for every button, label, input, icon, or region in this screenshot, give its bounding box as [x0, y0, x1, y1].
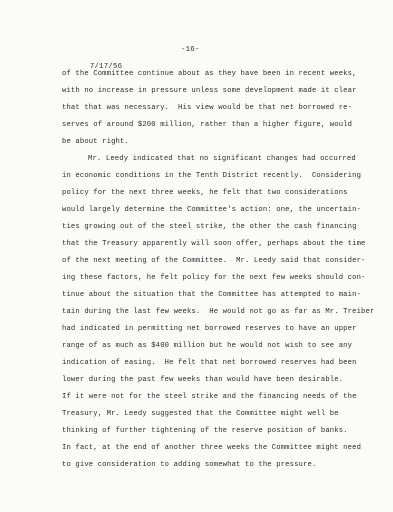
- text-line: that that was necessary. His view would …: [62, 100, 374, 117]
- scanned-document-page: 7/17/56 -16- of the Committee continue a…: [0, 0, 393, 512]
- text-line: in economic conditions in the Tenth Dist…: [62, 168, 374, 185]
- text-line: to give consideration to adding somewhat…: [62, 457, 374, 474]
- text-line: had indicated in permitting net borrowed…: [62, 321, 374, 338]
- text-line: of the next meeting of the Committee. Mr…: [62, 253, 374, 270]
- text-line: indication of easing. He felt that net b…: [62, 355, 374, 372]
- text-line: serves of around $200 million, rather th…: [62, 117, 374, 134]
- text-line: Treasury, Mr. Leedy suggested that the C…: [62, 406, 374, 423]
- text-line: ties growing out of the steel strike, th…: [62, 219, 374, 236]
- text-line: thinking of further tightening of the re…: [62, 423, 374, 440]
- text-line: Mr. Leedy indicated that no significant …: [62, 151, 374, 168]
- text-line: tinue about the situation that the Commi…: [62, 287, 374, 304]
- text-line: ing these factors, he felt policy for th…: [62, 270, 374, 287]
- text-line: would largely determine the Committee's …: [62, 202, 374, 219]
- document-date: 7/17/56: [90, 63, 122, 71]
- text-line: tain during the last few weeks. He would…: [62, 304, 374, 321]
- text-line: that the Treasury apparently will soon o…: [62, 236, 374, 253]
- document-header: 7/17/56 -16-: [62, 42, 374, 59]
- text-line: policy for the next three weeks, he felt…: [62, 185, 374, 202]
- text-line: In fact, at the end of another three wee…: [62, 440, 374, 457]
- text-line: range of as much as $400 million but he …: [62, 338, 374, 355]
- page-number: -16-: [181, 42, 200, 59]
- text-line: with no increase in pressure unless some…: [62, 83, 374, 100]
- document-body: of the Committee continue about as they …: [62, 66, 374, 474]
- text-line: If it were not for the steel strike and …: [62, 389, 374, 406]
- text-line: be about right.: [62, 134, 374, 151]
- text-line: lower during the past few weeks than wou…: [62, 372, 374, 389]
- typewritten-text-area: 7/17/56 -16- of the Committee continue a…: [62, 42, 374, 474]
